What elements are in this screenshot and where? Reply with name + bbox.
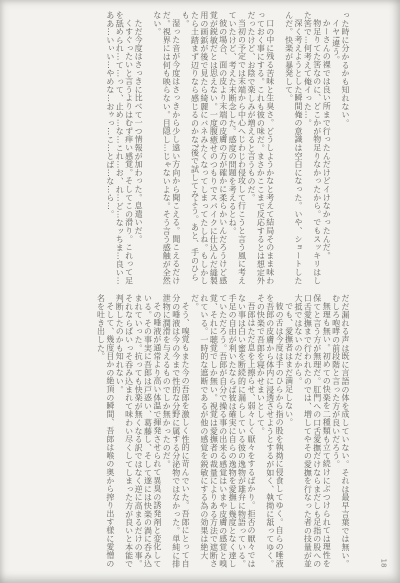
paragraph: イヤ!違う。 — [331, 11, 340, 291]
paragraph: そう、嗅覚もまた今の吾郎を激しく性的に苛んでいた。吾郎にとって自分の唾液は今の今… — [162, 294, 190, 573]
paragraph: 当初の予定では末端から中心へじわじわ侵攻して行こうと言う風に考えていたけど、考え… — [228, 11, 247, 291]
paragraph-spacer — [275, 11, 284, 291]
paragraph: 吾郎はただ息を上擦らせ、弱々しく厭々をするばかり。拒否の厭々ではない事は白い蜜を… — [190, 294, 256, 573]
page-number: 18 — [380, 559, 388, 568]
paragraph: かーさんの裸では良い所まで行ったんだけどイけなかったんだ。 — [322, 11, 331, 291]
upper-text-block: った時に分かるかも知れない。イヤ!違う。かーさんの裸では良い所まで行ったんだけど… — [54, 11, 350, 291]
paragraph: 彼の舌は今度は手のひらから指の股を執拗に侵食してゆく。自らの唾液を吾郎の皮膚から… — [256, 294, 284, 573]
paragraph: ただ今度はさっきに比べて一つ情報が加わった。息遣いだ。 — [134, 11, 143, 291]
paragraph: 彼の場合、面の皮より末端の皮膚の方が確かに柔らかいんだろうけど感覚が鋭敏だとは思… — [181, 11, 228, 291]
paragraph: くすぐったいと言うよりはむず痒い感覚。そしてこの滑り。これって足を舐められ…て…… — [105, 11, 133, 291]
paragraph-spacer — [143, 11, 152, 291]
paragraph: その唾液が通常より高い体温で揮発させられて異臭の誘発剤と変化している。その事実に… — [115, 294, 162, 573]
scanned-book-page: った時に分かるかも知れない。イヤ!違う。かーさんの裸では良い所まで行ったんだけど… — [0, 0, 400, 583]
paragraph: そして、幾度目かの絶頂の瞬間、吾郎は喉の奥から搾り出す様に愛憎の名を吐き出した。 — [96, 294, 115, 573]
paragraph: 湿った音が今度はさっきから少し遠い方向から聞こえる。聞こえるだけだ。視界には何も… — [152, 11, 180, 291]
paragraph: 物足りてた筈なのに、どこかが物足りなかったから。でもスッキリはした筈で…何考えて… — [303, 11, 322, 291]
paragraph: 無理も無い。初めての快楽を二種類も立て続けにぶつけられては理性を保てと言う方が無… — [294, 294, 332, 573]
lower-text-block: だだ漏れる声は既に言語の体を成していない。それは最早言葉では無い。むしろ咆哮の前… — [54, 294, 350, 573]
paragraph: でも、愛撫者はまだ満足しない。 — [284, 294, 293, 573]
paragraph: 口の中に残る苦味と生臭さ。どうしようかなと考えて結局そのまま味わっておく事にする… — [247, 11, 275, 291]
paragraph: った時に分かるかも知れない。 — [341, 11, 350, 291]
paragraph: 深く考えようとした瞬間俺の意識は空白になった。いや、ショートしたんだ。快楽が暴発… — [284, 11, 303, 291]
paragraph: だだ漏れる声は既に言語の体を成していない。それは最早言葉では無い。むしろ咆哮の前… — [331, 294, 350, 573]
